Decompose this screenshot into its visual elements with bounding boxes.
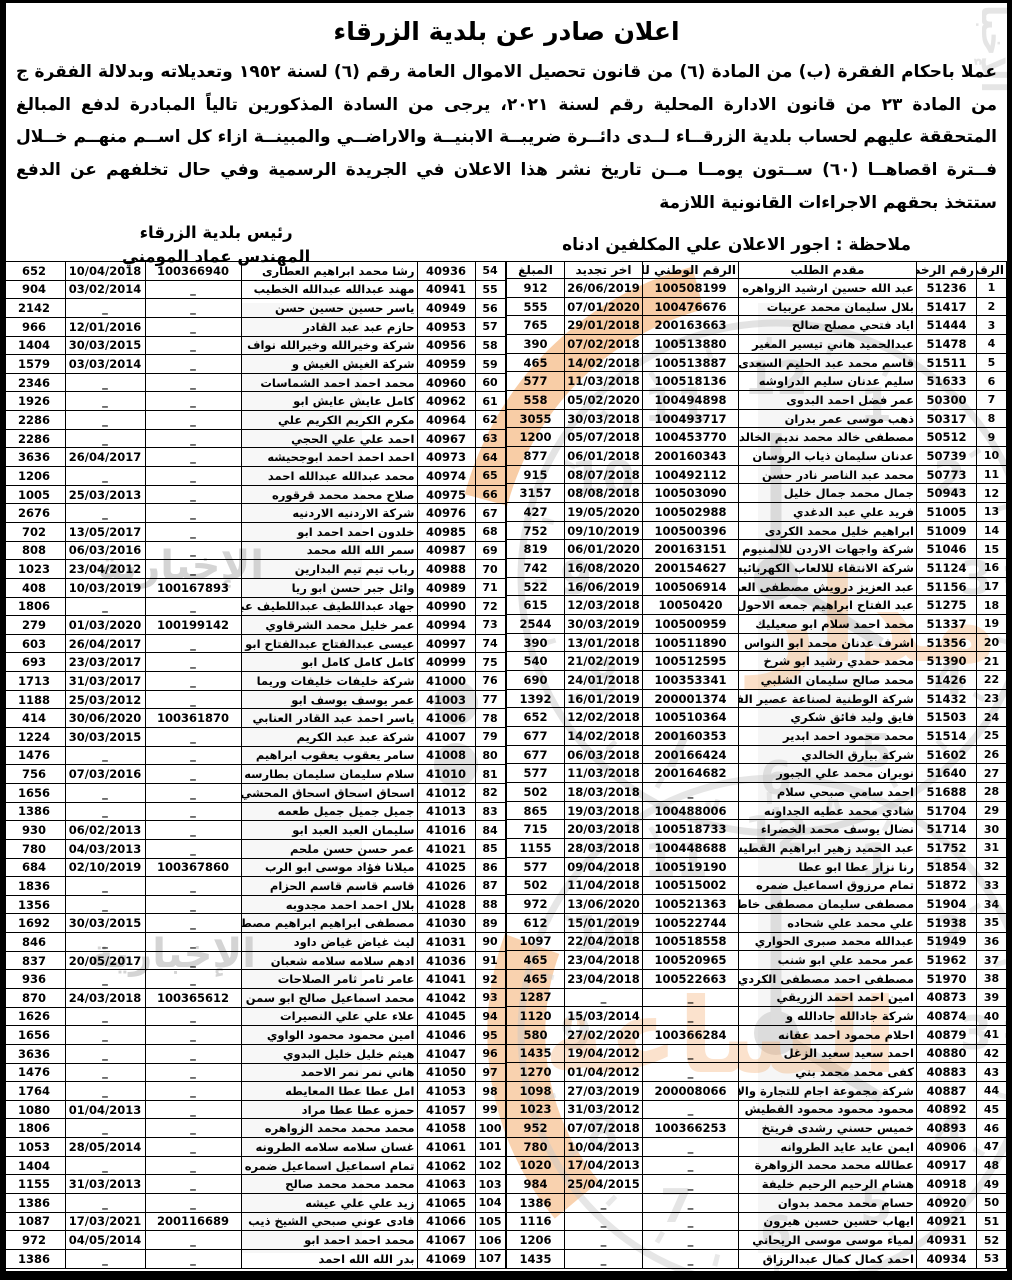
- license-number: 41012: [417, 783, 475, 802]
- license-number: 51714: [917, 820, 977, 839]
- table-row: 750300عمر فضل احمد البدوى10049489805/02/…: [507, 391, 1007, 410]
- applicant-name: وائل جبر حسن ابو ريا: [241, 578, 417, 597]
- amount: 1656: [3, 1026, 65, 1045]
- establishment-national-number: 100521363: [643, 895, 739, 914]
- license-number: 41010: [417, 765, 475, 784]
- license-number: 41066: [417, 1212, 475, 1231]
- amount: 1764: [3, 1082, 65, 1101]
- row-number: 36: [977, 932, 1007, 951]
- amount: 1926: [3, 392, 65, 411]
- license-number: 51938: [917, 913, 977, 932]
- amount: 1155: [507, 839, 565, 858]
- table-row: 3851970مصطفى احمد مصطفى الكردي1005226632…: [507, 969, 1007, 988]
- establishment-national-number: _: [145, 1026, 241, 1045]
- table-row: 2251426محمد صالح سليمان الشلبي1003533412…: [507, 671, 1007, 690]
- establishment-national-number: 100167893: [145, 578, 241, 597]
- license-number: 51426: [917, 671, 977, 690]
- applicant-name: احمد سعيد سعيد الزغل: [739, 1044, 917, 1063]
- table-row: 5740953حازم عبد عبد القادر_12/01/2016966: [3, 317, 505, 336]
- establishment-national-number: _: [145, 448, 241, 467]
- license-number: 40879: [917, 1025, 977, 1044]
- table-row: 4440887شركة مجموعة اجام للتجارة والاستثم…: [507, 1081, 1007, 1100]
- license-number: 51970: [917, 969, 977, 988]
- row-number: 23: [977, 689, 1007, 708]
- amount: 780: [3, 839, 65, 858]
- last-renewal-date: 19/03/2018: [565, 801, 643, 820]
- applicant-name: ادهم سلامه سلامه شعبان: [241, 951, 417, 970]
- amount: 1435: [507, 1249, 565, 1268]
- table-row: 3940873امين احمد احمد الزريقي__1287: [507, 988, 1007, 1007]
- applicant-name: سليمان العبد العبد ابو: [241, 821, 417, 840]
- table-row: 6740976شركة الاردنيه الاردنيه__2676: [3, 504, 505, 523]
- last-renewal-date: 01/04/2012: [565, 1063, 643, 1082]
- license-number: 51236: [917, 279, 977, 298]
- table-row: 9841053امل عطا عطا المعايطه__1764: [3, 1082, 505, 1101]
- last-renewal-date: 06/03/2018: [565, 745, 643, 764]
- header-amount: المبلغ: [507, 262, 565, 279]
- applicant-name: ابراهيم خليل محمد الكردى: [739, 521, 917, 540]
- applicant-name: اسحاق اسحاق اسحاق المحشي: [241, 783, 417, 802]
- amount: 1020: [507, 1156, 565, 1175]
- applicant-name: مصطفى ابراهيم ابراهيم مصطفى: [241, 914, 417, 933]
- amount: 465: [507, 951, 565, 970]
- table-row: 3551938علي محمد علي شحاده10052274415/01/…: [507, 913, 1007, 932]
- license-number: 41067: [417, 1231, 475, 1250]
- license-number: 40989: [417, 578, 475, 597]
- amount: 1098: [507, 1081, 565, 1100]
- establishment-national-number: _: [145, 355, 241, 374]
- last-renewal-date: 04/03/2013: [65, 839, 145, 858]
- establishment-national-number: 100493717: [643, 409, 739, 428]
- table-row: 1150773محمد عبد الناصر نادر حسن100492112…: [507, 465, 1007, 484]
- table-row: 1250943جمال محمد جمال خليل10050309008/08…: [507, 484, 1007, 503]
- establishment-national-number: _: [145, 970, 241, 989]
- license-number: 51688: [917, 783, 977, 802]
- last-renewal-date: _: [565, 1193, 643, 1212]
- license-number: 51417: [917, 297, 977, 316]
- license-number: 51872: [917, 876, 977, 895]
- applicant-name: شركة الاردنيه الاردنيه: [241, 504, 417, 523]
- last-renewal-date: 23/03/2017: [65, 653, 145, 672]
- applicant-name: محمود محمود محمود القطيش: [739, 1100, 917, 1119]
- applicant-name: شادي محمد عطيه الجداونه: [739, 801, 917, 820]
- establishment-national-number: 100500396: [643, 521, 739, 540]
- table-row: 2651602شركة بيارق الخالدي20016642406/03/…: [507, 745, 1007, 764]
- amount: 1392: [507, 689, 565, 708]
- last-renewal-date: _: [65, 895, 145, 914]
- license-number: 40976: [417, 504, 475, 523]
- license-number: 41025: [417, 858, 475, 877]
- amount: 279: [3, 616, 65, 635]
- row-number: 74: [475, 634, 505, 653]
- last-renewal-date: _: [65, 746, 145, 765]
- table-row: 5840956شركة وخيرالله وخيرالله نواف_30/03…: [3, 336, 505, 355]
- license-number: 40997: [417, 634, 475, 653]
- amount: 414: [3, 709, 65, 728]
- amount: 1200: [507, 428, 565, 447]
- table-row: 5040920حسام محمد محمد بدوان__1386: [507, 1193, 1007, 1212]
- table-row: 8541021عمر حسن حسن ملحم_04/03/2013780: [3, 839, 505, 858]
- establishment-national-number: 100503090: [643, 484, 739, 503]
- establishment-national-number: _: [643, 1063, 739, 1082]
- last-renewal-date: 19/04/2012: [565, 1044, 643, 1063]
- applicant-name: بلال سليمان محمد عربيات: [739, 297, 917, 316]
- license-number: 51478: [917, 335, 977, 354]
- applicant-name: علي محمد علي شحاده: [739, 913, 917, 932]
- applicant-name: حسام محمد محمد بدوان: [739, 1193, 917, 1212]
- establishment-national-number: 100366253: [643, 1119, 739, 1138]
- applicant-name: ايهاب حسين حسين هيرون: [739, 1212, 917, 1231]
- amount: 865: [507, 801, 565, 820]
- row-number: 86: [475, 858, 505, 877]
- last-renewal-date: 09/10/2019: [565, 521, 643, 540]
- establishment-national-number: 100453770: [643, 428, 739, 447]
- license-number: 40987: [417, 541, 475, 560]
- last-renewal-date: 23/04/2018: [565, 969, 643, 988]
- last-renewal-date: 16/01/2019: [565, 689, 643, 708]
- establishment-national-number: _: [643, 1007, 739, 1026]
- amount: 1476: [3, 1063, 65, 1082]
- license-number: 40956: [417, 336, 475, 355]
- last-renewal-date: _: [65, 392, 145, 411]
- table-row: 6540974محمد عبدالله عبدالله احمد__1206: [3, 467, 505, 486]
- amount: 742: [507, 559, 565, 578]
- establishment-national-number: _: [643, 1156, 739, 1175]
- applicant-name: محمد محمد محمد الزواهره: [241, 1119, 417, 1138]
- last-renewal-date: 03/03/2014: [65, 355, 145, 374]
- row-number: 59: [475, 355, 505, 374]
- last-renewal-date: 05/07/2018: [565, 428, 643, 447]
- row-number: 64: [475, 448, 505, 467]
- establishment-national-number: _: [145, 280, 241, 299]
- establishment-national-number: 100494898: [643, 391, 739, 410]
- applicant-name: محمد احمد احمد ابو: [241, 1231, 417, 1250]
- row-number: 42: [977, 1044, 1007, 1063]
- establishment-national-number: _: [145, 317, 241, 336]
- applicant-name: عبدالله محمد صبرى الحواري: [739, 932, 917, 951]
- amount: 1206: [3, 467, 65, 486]
- license-number: 41061: [417, 1138, 475, 1157]
- establishment-national-number: _: [145, 653, 241, 672]
- row-number: 105: [475, 1212, 505, 1231]
- establishment-national-number: _: [145, 728, 241, 747]
- row-number: 18: [977, 596, 1007, 615]
- last-renewal-date: 25/03/2013: [65, 485, 145, 504]
- amount: 1579: [3, 355, 65, 374]
- amount: 677: [507, 727, 565, 746]
- applicant-name: عبد الفتاح ابراهيم جمعه الاحول: [739, 596, 917, 615]
- applicant-name: ايمن عايد عايد الطروانه: [739, 1137, 917, 1156]
- last-renewal-date: 29/01/2018: [565, 316, 643, 335]
- applicant-name: هاني نمر نمر الاحمد: [241, 1063, 417, 1082]
- establishment-national-number: 200008066: [643, 1081, 739, 1100]
- row-number: 24: [977, 708, 1007, 727]
- table-row: 8041008سامر يعقوب يعقوب ابراهيم__1476: [3, 746, 505, 765]
- last-renewal-date: 27/03/2019: [565, 1081, 643, 1100]
- establishment-national-number: 100366284: [643, 1025, 739, 1044]
- amount: 808: [3, 541, 65, 560]
- table-row: 6440973احمد احمد احمد ابوجحيشه_26/04/201…: [3, 448, 505, 467]
- amount: 1023: [3, 560, 65, 579]
- row-number: 51: [977, 1212, 1007, 1231]
- table-row: 9241041عامر ثامر ثامر الصلاحات__936: [3, 970, 505, 989]
- establishment-national-number: _: [145, 634, 241, 653]
- table-row: 8741026قاسم قاسم قاسم الحزام__1836: [3, 877, 505, 896]
- license-number: 51124: [917, 559, 977, 578]
- establishment-national-number: _: [145, 914, 241, 933]
- row-number: 35: [977, 913, 1007, 932]
- page-title: اعلان صادر عن بلدية الزرقاء: [14, 17, 999, 46]
- table-row: 4740906ايمن عايد عايد الطروانه_10/04/201…: [507, 1137, 1007, 1156]
- license-number: 51390: [917, 652, 977, 671]
- license-number: 41008: [417, 746, 475, 765]
- row-number: 103: [475, 1175, 505, 1194]
- applicant-name: امين محمود محمود الواوي: [241, 1026, 417, 1045]
- license-number: 40918: [917, 1175, 977, 1194]
- establishment-national-number: _: [145, 690, 241, 709]
- row-number: 79: [475, 728, 505, 747]
- table-row: 2151390محمد حمدي رشيد ابو شرخ10051259521…: [507, 652, 1007, 671]
- amount: 1806: [3, 1119, 65, 1138]
- amount: 870: [3, 988, 65, 1007]
- table-row: 7140989وائل جبر حسن ابو ريا10016789310/0…: [3, 578, 505, 597]
- amount: 1120: [507, 1007, 565, 1026]
- establishment-national-number: 200160353: [643, 727, 739, 746]
- license-number: 40994: [417, 616, 475, 635]
- applicant-name: هيثم خليل خليل البدوي: [241, 1044, 417, 1063]
- applicant-name: اشرف عدنان محمد ابو النواس: [739, 633, 917, 652]
- table-row: 3651949عبدالله محمد صبرى الحواري10051855…: [507, 932, 1007, 951]
- establishment-national-number: _: [145, 1156, 241, 1175]
- last-renewal-date: _: [65, 970, 145, 989]
- license-number: 50943: [917, 484, 977, 503]
- table-row: 8141010سلام سليمان سليمان بطارسه_07/03/2…: [3, 765, 505, 784]
- last-renewal-date: _: [65, 783, 145, 802]
- license-number: 41065: [417, 1194, 475, 1213]
- applicant-name: غسان سلامه سلامه الطرونه: [241, 1138, 417, 1157]
- establishment-national-number: _: [145, 877, 241, 896]
- table-row: 4940918هشام الرحيم الرحيم خليفة_25/04/20…: [507, 1175, 1007, 1194]
- table-row: 4540892محمود محمود محمود القطيش_31/03/20…: [507, 1100, 1007, 1119]
- applicant-name: فادى عوني صبحي الشيخ ذيب: [241, 1212, 417, 1231]
- amount: 522: [507, 577, 565, 596]
- applicant-name: جمال محمد جمال خليل: [739, 484, 917, 503]
- table-row: 6840985خلدون احمد احمد ابو_13/05/2017702: [3, 522, 505, 541]
- license-number: 40936: [417, 262, 475, 281]
- license-number: 40959: [417, 355, 475, 374]
- last-renewal-date: 07/02/2018: [565, 335, 643, 354]
- last-renewal-date: 28/03/2018: [565, 839, 643, 858]
- table-row: 3351872تمام مرزوق اسماعيل ضمره1005150021…: [507, 876, 1007, 895]
- applicant-name: جميل جميل جميل طعمه: [241, 802, 417, 821]
- last-renewal-date: 26/06/2019: [565, 279, 643, 298]
- last-renewal-date: 13/01/2018: [565, 633, 643, 652]
- amount: 1692: [3, 914, 65, 933]
- amount: 1080: [3, 1100, 65, 1119]
- table-row: 850317ذهب موسى عمر بدران10049371730/03/2…: [507, 409, 1007, 428]
- license-number: 41026: [417, 877, 475, 896]
- applicant-name: مصطفى خالد محمد نديم الخالدي: [739, 428, 917, 447]
- table-row: 2351432شركة الوطنية لصناعة عصير الفواكه2…: [507, 689, 1007, 708]
- applicant-name: خلدون احمد احمد ابو: [241, 522, 417, 541]
- establishment-national-number: 200154627: [643, 559, 739, 578]
- establishment-national-number: _: [145, 597, 241, 616]
- amount: 1404: [3, 1156, 65, 1175]
- applicant-name: نويران محمد علي الجبور: [739, 764, 917, 783]
- table-row: 151236عبد الله حسين ارشيد الزواهره100508…: [507, 279, 1007, 298]
- license-number: 41003: [417, 690, 475, 709]
- row-number: 91: [475, 951, 505, 970]
- applicant-name: محمد احمد سلام ابو صعيليك: [739, 615, 917, 634]
- amount: 603: [3, 634, 65, 653]
- license-number: 40906: [917, 1137, 977, 1156]
- applicant-name: عمر فضل احمد البدوى: [739, 391, 917, 410]
- last-renewal-date: _: [65, 1119, 145, 1138]
- last-renewal-date: 15/03/2014: [565, 1007, 643, 1026]
- row-number: 57: [475, 317, 505, 336]
- applicant-name: جهاد عبداللطيف عبداللطيف عبداللطيف: [241, 597, 417, 616]
- row-number: 58: [475, 336, 505, 355]
- row-number: 66: [475, 485, 505, 504]
- row-number: 29: [977, 801, 1007, 820]
- applicant-name: كامل عايش عايش ابو: [241, 392, 417, 411]
- row-number: 31: [977, 839, 1007, 858]
- applicant-name: محمد اسماعيل صالح ابو سمن: [241, 988, 417, 1007]
- amount: 612: [507, 913, 565, 932]
- applicant-name: ياسر احمد عبد القادر العنابي: [241, 709, 417, 728]
- applicant-name: حمزه عطا عطا مراد: [241, 1100, 417, 1119]
- row-number: 100: [475, 1119, 505, 1138]
- table-row: 2851688احمد سامي صبحي سلام_18/03/2018502: [507, 783, 1007, 802]
- row-number: 10: [977, 447, 1007, 466]
- license-number: 40975: [417, 485, 475, 504]
- establishment-national-number: _: [145, 411, 241, 430]
- row-number: 43: [977, 1063, 1007, 1082]
- establishment-national-number: _: [145, 1175, 241, 1194]
- license-number: 40931: [917, 1231, 977, 1250]
- row-number: 97: [475, 1063, 505, 1082]
- applicant-name: حازم عبد عبد القادر: [241, 317, 417, 336]
- table-row: 10141061غسان سلامه سلامه الطرونه_28/05/2…: [3, 1138, 505, 1157]
- table-row: 7440997عيسى عبدالفتاح عبدالفتاح ابو_26/0…: [3, 634, 505, 653]
- applicant-name: محمد محمود احمد ابدير: [739, 727, 917, 746]
- establishment-national-number: 100512595: [643, 652, 739, 671]
- applicant-name: صلاح محمد محمد قرقوره: [241, 485, 417, 504]
- row-number: 107: [475, 1249, 505, 1268]
- applicant-name: شركة الانتقاء للالعاب الكهربائيه: [739, 559, 917, 578]
- license-number: 41007: [417, 728, 475, 747]
- row-number: 7: [977, 391, 1007, 410]
- establishment-national-number: _: [145, 299, 241, 318]
- table-row: 4240880احمد سعيد سعيد الزغل_19/04/201214…: [507, 1044, 1007, 1063]
- license-number: 40990: [417, 597, 475, 616]
- last-renewal-date: 06/03/2016: [65, 541, 145, 560]
- applicant-name: اياد فتحي مصلح صالح: [739, 316, 917, 335]
- row-number: 56: [475, 299, 505, 318]
- last-renewal-date: 22/04/2018: [565, 932, 643, 951]
- establishment-national-number: 200001374: [643, 689, 739, 708]
- establishment-national-number: 100488006: [643, 801, 739, 820]
- amount: 1435: [507, 1044, 565, 1063]
- establishment-national-number: 100515002: [643, 876, 739, 895]
- table-row: 351444اياد فتحي مصلح صالح20016366329/01/…: [507, 316, 1007, 335]
- applicant-name: كفى محمد محمد بني: [739, 1063, 917, 1082]
- establishment-national-number: _: [145, 392, 241, 411]
- table-row: 4640893خميس حسني رشدى فريتخ10036625307/0…: [507, 1119, 1007, 1138]
- amount: 1188: [3, 690, 65, 709]
- table-row: 6140962كامل عايش عايش ابو__1926: [3, 392, 505, 411]
- establishment-national-number: 200160343: [643, 447, 739, 466]
- license-number: 51514: [917, 727, 977, 746]
- amount: 1270: [507, 1063, 565, 1082]
- row-number: 2: [977, 297, 1007, 316]
- establishment-national-number: 100518136: [643, 372, 739, 391]
- last-renewal-date: 07/03/2016: [65, 765, 145, 784]
- establishment-national-number: _: [145, 336, 241, 355]
- applicant-name: مكرم الكريم الكريم علي: [241, 411, 417, 430]
- amount: 677: [507, 745, 565, 764]
- amount: 1386: [3, 802, 65, 821]
- last-renewal-date: 24/01/2018: [565, 671, 643, 690]
- last-renewal-date: _: [65, 299, 145, 318]
- table-row: 3451904مصطفى سليمان مصطفى خاطر1005213631…: [507, 895, 1007, 914]
- table-row: 10641067محمد احمد احمد ابو_04/05/2014972: [3, 1231, 505, 1250]
- last-renewal-date: 13/05/2017: [65, 522, 145, 541]
- license-number: 50512: [917, 428, 977, 447]
- last-renewal-date: 15/01/2019: [565, 913, 643, 932]
- establishment-national-number: _: [643, 1100, 739, 1119]
- amount: 3636: [3, 1044, 65, 1063]
- row-number: 80: [475, 746, 505, 765]
- applicant-name: شركة الوطنية لصناعة عصير الفواكه: [739, 689, 917, 708]
- table-row: 7941007شركة عبد عبد الكريم_30/03/2015122…: [3, 728, 505, 747]
- row-number: 40: [977, 1007, 1007, 1026]
- applicant-name: احلام محمود احمد عقانه: [739, 1025, 917, 1044]
- license-number: 40917: [917, 1156, 977, 1175]
- row-number: 68: [475, 522, 505, 541]
- establishment-national-number: _: [643, 1175, 739, 1194]
- row-number: 84: [475, 821, 505, 840]
- table-row: 1351005فريد علي عبد الدغدي10050298819/05…: [507, 503, 1007, 522]
- license-number: 51503: [917, 708, 977, 727]
- amount: 580: [507, 1025, 565, 1044]
- row-number: 96: [475, 1044, 505, 1063]
- license-number: 51633: [917, 372, 977, 391]
- license-number: 40921: [917, 1212, 977, 1231]
- last-renewal-date: _: [565, 988, 643, 1007]
- license-number: 51511: [917, 353, 977, 372]
- establishment-national-number: _: [145, 933, 241, 952]
- amount: 930: [3, 821, 65, 840]
- last-renewal-date: 14/02/2018: [565, 353, 643, 372]
- last-renewal-date: 21/02/2019: [565, 652, 643, 671]
- taxpayers-table-right: الرقم رقم الرخصه مقدم الطلب الرقم الوطني…: [506, 261, 1007, 1269]
- table-row: 1651124شركة الانتقاء للالعاب الكهربائيه2…: [507, 559, 1007, 578]
- last-renewal-date: 25/03/2012: [65, 690, 145, 709]
- establishment-national-number: _: [643, 783, 739, 802]
- applicant-name: ميلانا فؤاد موسى ابو الرب: [241, 858, 417, 877]
- last-renewal-date: 26/04/2017: [65, 448, 145, 467]
- row-number: 8: [977, 409, 1007, 428]
- applicant-name: مصطفى احمد مصطفى الكردي: [739, 969, 917, 988]
- row-number: 48: [977, 1156, 1007, 1175]
- last-renewal-date: 09/04/2018: [565, 857, 643, 876]
- amount: 1386: [507, 1193, 565, 1212]
- amount: 1713: [3, 672, 65, 691]
- last-renewal-date: 10/04/2018: [65, 262, 145, 281]
- license-number: 40999: [417, 653, 475, 672]
- last-renewal-date: 25/04/2015: [565, 1175, 643, 1194]
